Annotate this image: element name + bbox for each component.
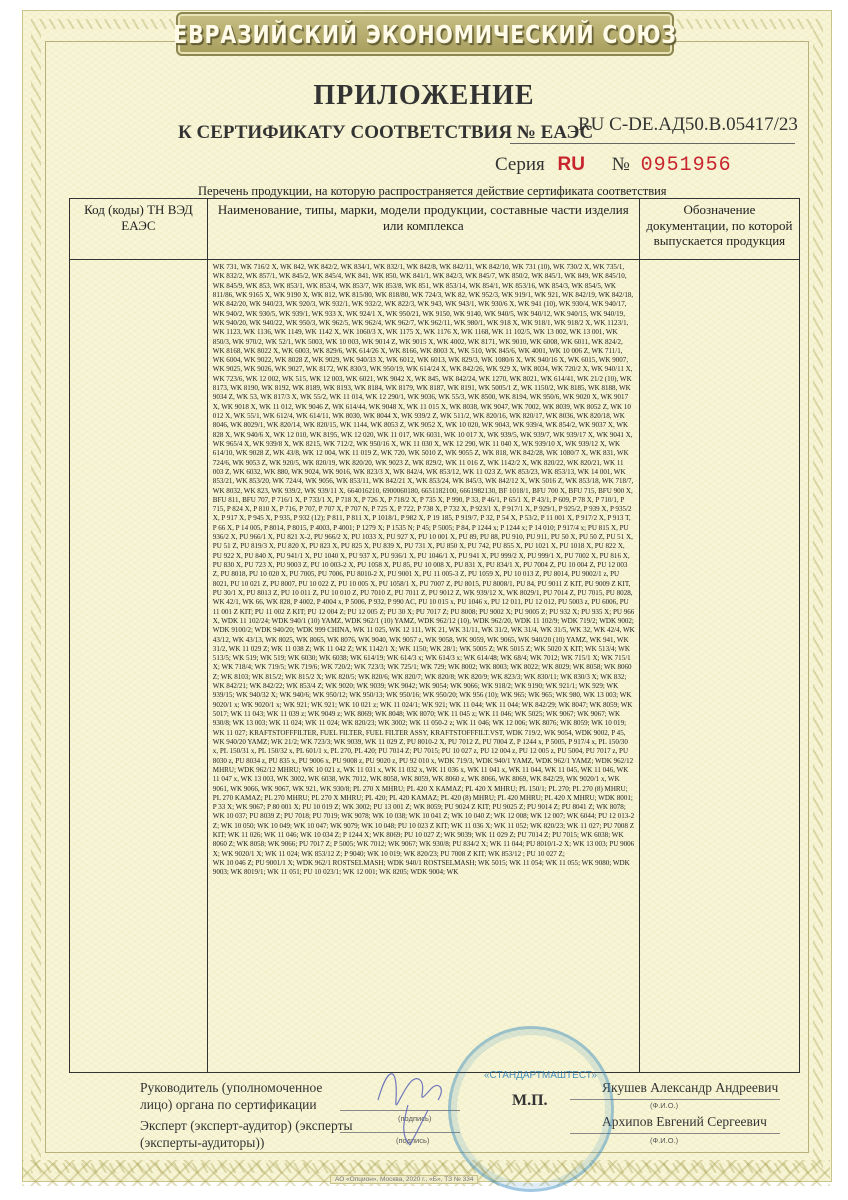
seal-label: М.П. (512, 1092, 548, 1110)
products-table: Код (коды) ТН ВЭД ЕАЭС Наименование, тип… (69, 198, 800, 1073)
cell-documentation (639, 260, 799, 1073)
certificate-caption: К СЕРТИФИКАТУ СООТВЕТСТВИЯ № ЕАЭС (178, 122, 593, 144)
header-code: Код (коды) ТН ВЭД ЕАЭС (70, 199, 208, 260)
table-header-row: Код (коды) ТН ВЭД ЕАЭС Наименование, тип… (70, 199, 800, 260)
union-banner: ЕВРАЗИЙСКИЙ ЭКОНОМИЧЕСКИЙ СОЮЗ (176, 12, 674, 56)
certificate-number: RU C-DE.АД50.В.05417/23 (578, 114, 798, 136)
cell-products: WK 731, WK 716/2 X, WK 842, WK 842/2, WK… (207, 260, 639, 1073)
list-caption: Перечень продукции, на которую распростр… (198, 184, 667, 199)
printer-note: АО «Опцион», Москва, 2020 г., «Б», ТЗ № … (330, 1175, 478, 1184)
certificate-number-underline (510, 143, 795, 144)
series-label: Серия (495, 154, 545, 175)
series-value: RU (558, 154, 585, 175)
number-sign: № (612, 154, 630, 175)
head-name-caption: (Ф.И.О.) (650, 1101, 678, 1110)
expert-name: Архипов Евгений Сергеевич (602, 1114, 767, 1130)
cell-code (70, 260, 208, 1073)
expert-label: Эксперт (эксперт-аудитор) (эксперты (экс… (140, 1118, 360, 1152)
table-row: WK 731, WK 716/2 X, WK 842, WK 842/2, WK… (70, 260, 800, 1073)
expert-name-caption: (Ф.И.О.) (650, 1136, 678, 1145)
head-name: Якушев Александр Андреевич (602, 1080, 778, 1096)
stamp-text: «СТАНДАРТМАШТЕСТ» (484, 1070, 597, 1081)
header-documentation: Обозначение документации, по которой вып… (639, 199, 799, 260)
page-title: ПРИЛОЖЕНИЕ (0, 80, 848, 112)
blank-number: 0951956 (641, 154, 732, 177)
header-products: Наименование, типы, марки, модели продук… (207, 199, 639, 260)
handwritten-signature-icon (368, 1060, 458, 1150)
blank-series: Серия RU № 0951956 (495, 154, 732, 177)
head-label: Руководитель (уполномоченное лицо) орган… (140, 1080, 340, 1114)
union-banner-text: ЕВРАЗИЙСКИЙ ЭКОНОМИЧЕСКИЙ СОЮЗ (173, 20, 677, 49)
